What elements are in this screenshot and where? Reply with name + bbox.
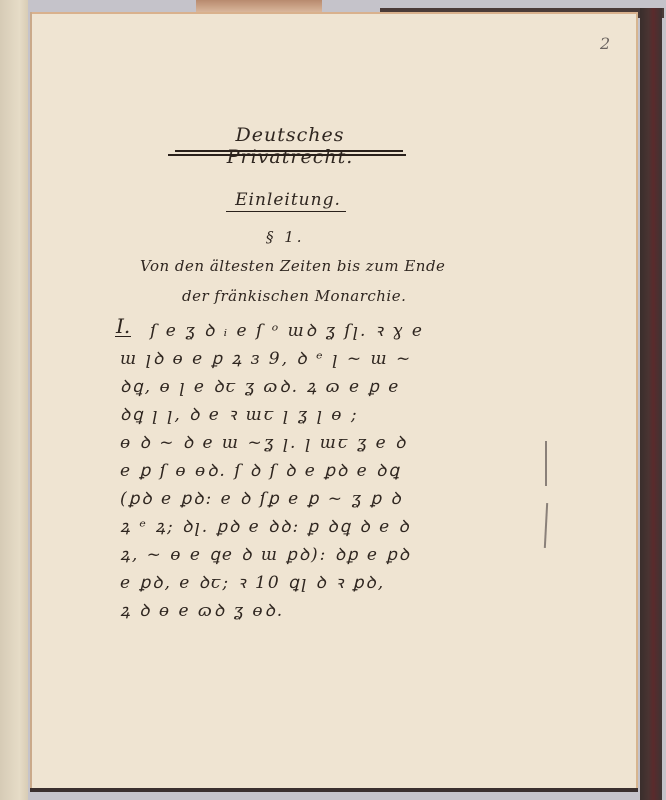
shorthand-line: ꝝ ꝺ ɵ e ɷꝺ ʓ ɵꝺ. bbox=[120, 598, 510, 626]
section-heading-line-1: Von den ältesten Zeiten bis zum Ende bbox=[140, 257, 445, 275]
facing-page-edge bbox=[0, 0, 28, 800]
chapter-subtitle: Einleitung. bbox=[228, 190, 348, 210]
margin-pencil-mark bbox=[545, 441, 547, 486]
subtitle-underline bbox=[226, 211, 346, 212]
shorthand-line: ɯ ꞁꝺ ɵ e ꝑ ꝝ ɜ 9, ꝺ ᵉ ꞁ ~ ɯ ~ bbox=[120, 346, 510, 374]
section-heading-line-2: der fränkischen Monarchie. bbox=[182, 287, 406, 305]
shorthand-line: e ꝑꝺ, e ꝺꞇ; ꝛ 10 ꝗꞁ ꝺ ꝛ ꝑꝺ, bbox=[120, 570, 510, 598]
shorthand-line: ꝝ, ~ ɵ e ꝗe ꝺ ɯ ꝑꝺ): ꝺꝑ e ꝑꝺ bbox=[120, 542, 510, 570]
document-title: Deutsches Privatrecht. bbox=[175, 124, 405, 168]
title-double-underline bbox=[168, 154, 406, 156]
title-underline bbox=[175, 150, 403, 152]
book-cover-spine bbox=[640, 8, 662, 800]
shorthand-line: ꝺꝗ, ɵ ꞁ e ꝺꞇ ʓ ɷꝺ. ꝝ ɷ e ꝑ e bbox=[120, 374, 510, 402]
page-number: 2 bbox=[600, 34, 610, 53]
shorthand-line: ꝺꝗ ꞁ ꞁ, ꝺ e ꝛ ɯꞇ ꞁ ʓ ꞁ ɵ ; bbox=[120, 402, 510, 430]
page-bottom-edge bbox=[30, 788, 638, 792]
shorthand-line: e ꝑ ſ ɵ ɵꝺ. ſ ꝺ ſ ꝺ e ꝑꝺ e ꝺꝗ bbox=[120, 458, 510, 486]
shorthand-line: ꝝ ᵉ ꝝ; ꝺꞁ. ꝑꝺ e ꝺꝺ: ꝑ ꝺꝗ ꝺ e ꝺ bbox=[120, 514, 510, 542]
shorthand-body: ſ e ʓ ꝺ ᵢ e ſ ᵒ ɯꝺ ʓ ſꞁ. ꝛ ɣ e ɯ ꞁꝺ ɵ e … bbox=[120, 318, 510, 626]
shorthand-line: (ꝑꝺ e ꝑꝺ: e ꝺ ſꝑ e ꝑ ~ ʓ ꝑ ꝺ bbox=[120, 486, 510, 514]
paper-tab bbox=[196, 0, 322, 12]
section-number: § 1. bbox=[266, 228, 305, 246]
shorthand-line: ſ e ʓ ꝺ ᵢ e ſ ᵒ ɯꝺ ʓ ſꞁ. ꝛ ɣ e bbox=[120, 318, 510, 346]
shorthand-line: ɵ ꝺ ~ ꝺ e ɯ ~ʓ ꞁ. ꞁ ɯꞇ ʓ e ꝺ bbox=[120, 430, 510, 458]
